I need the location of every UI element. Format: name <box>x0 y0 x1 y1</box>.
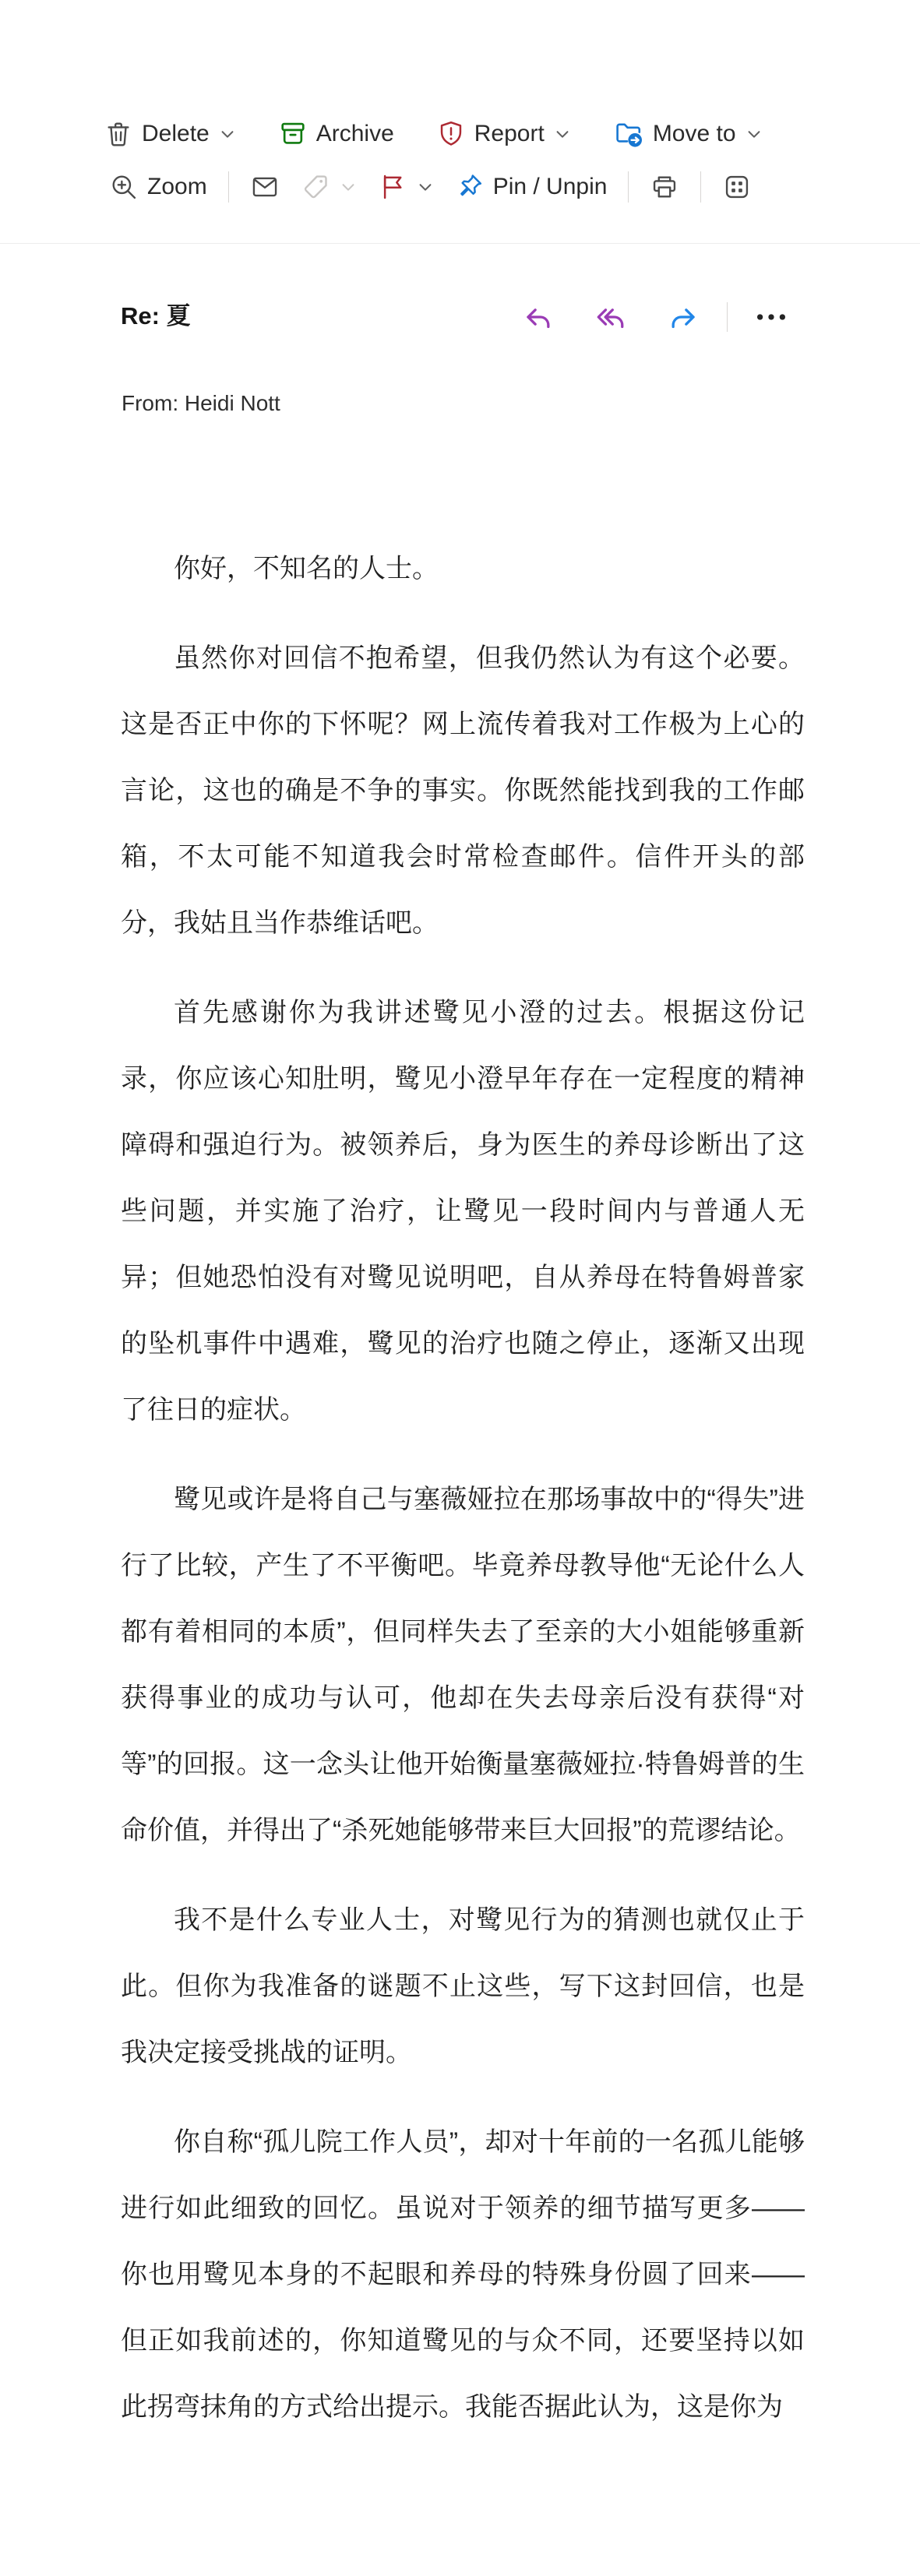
categorize-button <box>301 172 357 202</box>
chevron-down-icon <box>417 178 434 196</box>
archive-box-icon <box>278 119 308 149</box>
printer-icon <box>650 172 679 202</box>
apps-button[interactable] <box>722 172 752 202</box>
reply-all-icon <box>593 299 629 335</box>
zoom-magnifier-icon <box>109 172 139 202</box>
move-to-label: Move to <box>653 121 736 147</box>
reply-all-button[interactable] <box>593 299 629 335</box>
body-paragraph: 你自称“孤儿院工作人员”，却对十年前的一名孤儿能够进行如此细致的回忆。虽说对于领… <box>121 2109 805 2440</box>
forward-button[interactable] <box>665 299 701 335</box>
toolbar-separator <box>228 171 229 203</box>
chevron-down-icon <box>219 125 236 143</box>
chevron-down-icon <box>746 125 763 143</box>
toolbar-separator <box>700 171 701 203</box>
chevron-down-icon <box>554 125 571 143</box>
reply-button[interactable] <box>520 299 556 335</box>
archive-label: Archive <box>316 121 394 147</box>
command-bar-row-2: Zoom <box>109 165 752 209</box>
print-button[interactable] <box>650 172 679 202</box>
move-to-button[interactable]: Move to <box>613 118 763 150</box>
report-button[interactable]: Report <box>436 119 571 149</box>
zoom-button[interactable]: Zoom <box>109 172 207 202</box>
report-label: Report <box>474 121 545 147</box>
body-paragraph: 首先感谢你为我讲述鹭见小澄的过去。根据这份记录，你应该心知肚明，鹭见小澄早年存在… <box>121 980 805 1443</box>
flag-button[interactable] <box>378 172 434 202</box>
forward-icon <box>665 299 701 335</box>
email-body: 你好，不知名的人士。 虽然你对回信不抱希望，但我仍然认为有这个必要。这是否正中你… <box>121 536 805 2464</box>
report-shield-icon <box>436 119 466 149</box>
read-unread-button[interactable] <box>250 172 280 202</box>
toolbar-divider <box>0 243 920 244</box>
body-paragraph: 我不是什么专业人士，对鹭见行为的猜测也就仅止于此。但你为我准备的谜题不止这些，写… <box>121 1887 805 2086</box>
pin-button[interactable]: Pin / Unpin <box>455 172 608 202</box>
email-subject: Re: 夏 <box>121 299 191 333</box>
reply-icon <box>520 299 556 335</box>
actions-separator <box>727 302 728 332</box>
trash-icon <box>104 119 133 149</box>
pin-label: Pin / Unpin <box>493 174 608 200</box>
more-ellipsis-icon <box>753 299 789 335</box>
archive-button[interactable]: Archive <box>278 119 394 149</box>
more-actions-button[interactable] <box>753 299 789 335</box>
pin-icon <box>455 172 485 202</box>
message-actions <box>520 298 789 336</box>
flag-icon <box>378 172 407 202</box>
chevron-down-icon <box>340 178 357 196</box>
apps-grid-icon <box>722 172 752 202</box>
envelope-icon <box>250 172 280 202</box>
delete-button[interactable]: Delete <box>104 119 236 149</box>
zoom-label: Zoom <box>147 174 207 200</box>
body-paragraph: 你好，不知名的人士。 <box>121 536 805 602</box>
move-to-folder-icon <box>613 118 644 150</box>
command-bar-row-1: Delete Archive <box>104 114 763 154</box>
body-paragraph: 虽然你对回信不抱希望，但我仍然认为有这个必要。这是否正中你的下怀呢？网上流传着我… <box>121 625 805 957</box>
mail-reading-pane: Delete Archive <box>0 0 920 2576</box>
body-paragraph: 鹭见或许是将自己与塞薇娅拉在那场事故中的“得失”进行了比较，产生了不平衡吧。毕竟… <box>121 1467 805 1864</box>
toolbar-separator <box>628 171 629 203</box>
delete-label: Delete <box>142 121 210 147</box>
tag-icon <box>301 172 330 202</box>
email-from: From: Heidi Nott <box>122 388 280 419</box>
